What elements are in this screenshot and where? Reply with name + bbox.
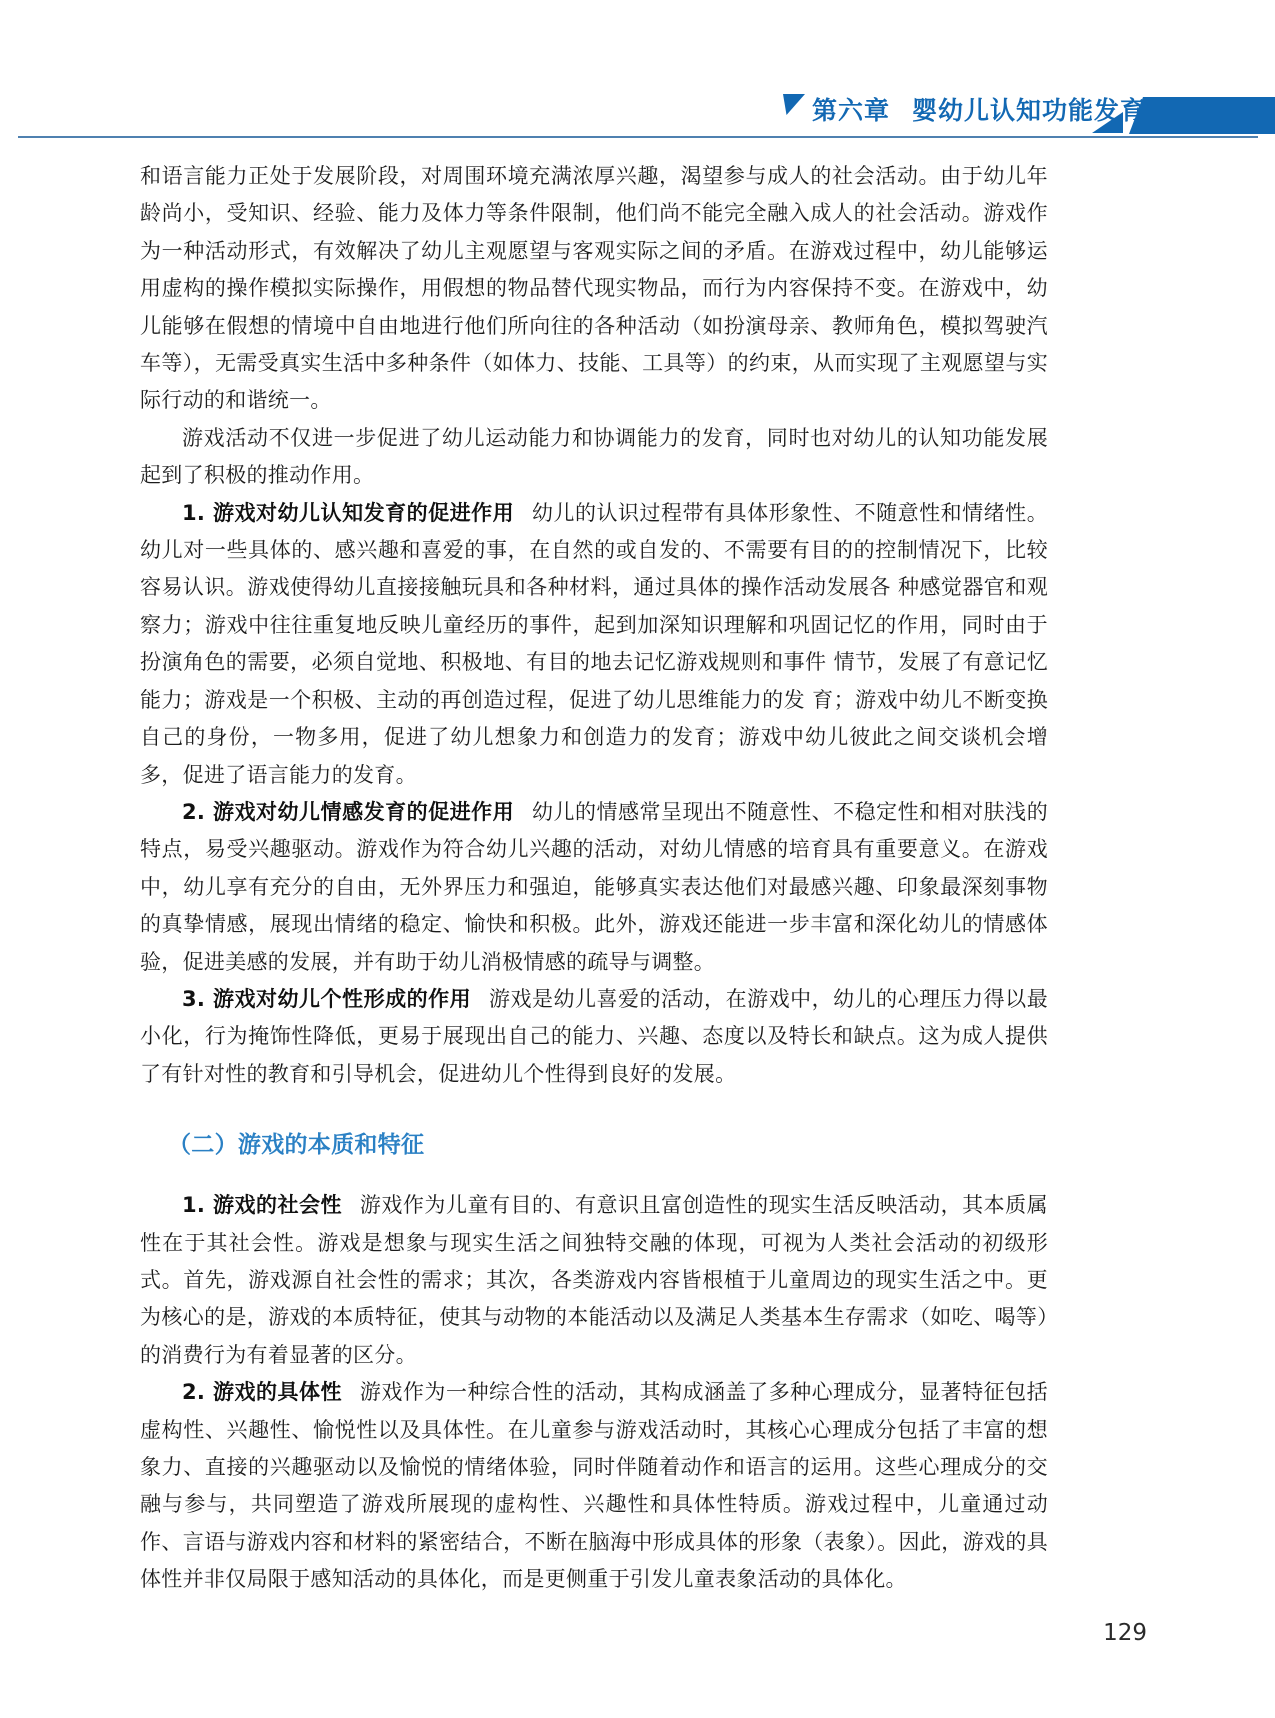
document-page: 第六章婴幼儿认知功能发育 和语言能力正处于发展阶段，对周围环境充满浓厚兴趣，渴望… — [0, 0, 1275, 1718]
item-lead-concreteness: 2. 游戏的具体性 — [182, 1380, 360, 1404]
header-blue-slab — [1129, 97, 1275, 134]
section-heading: （二）游戏的本质和特征 — [140, 1129, 1048, 1161]
paragraph-play-benefits-intro: 游戏活动不仅进一步促进了幼儿运动能力和协调能力的发育，同时也对幼儿的认知功能发展… — [140, 420, 1048, 495]
paragraph-item-cognition: 1. 游戏对幼儿认知发育的促进作用幼儿的认识过程带有具体形象性、不随意性和情绪性… — [140, 495, 1048, 794]
page-number: 129 — [1103, 1620, 1147, 1646]
paragraph-continuation: 和语言能力正处于发展阶段，对周围环境充满浓厚兴趣，渴望参与成人的社会活动。由于幼… — [140, 158, 1048, 420]
chapter-header: 第六章婴幼儿认知功能发育 — [812, 96, 1146, 126]
item-text-cognition: 幼儿的认识过程带有具体形象性、不随意性和情绪性。幼儿对一些具体的、感兴趣和喜爱的… — [140, 501, 1048, 787]
chapter-corner-triangle-icon — [783, 94, 805, 115]
paragraph-item-personality: 3. 游戏对幼儿个性形成的作用游戏是幼儿喜爱的活动，在游戏中，幼儿的心理压力得以… — [140, 981, 1048, 1093]
item-lead-personality: 3. 游戏对幼儿个性形成的作用 — [182, 987, 489, 1011]
item-lead-cognition: 1. 游戏对幼儿认知发育的促进作用 — [182, 501, 532, 525]
item-lead-sociality: 1. 游戏的社会性 — [182, 1193, 360, 1217]
chapter-number: 第六章 — [812, 96, 890, 125]
page-body: 和语言能力正处于发展阶段，对周围环境充满浓厚兴趣，渴望参与成人的社会活动。由于幼… — [140, 158, 1048, 1599]
paragraph-item-concreteness: 2. 游戏的具体性游戏作为一种综合性的活动，其构成涵盖了多种心理成分，显著特征包… — [140, 1374, 1048, 1598]
item-text-concreteness: 游戏作为一种综合性的活动，其构成涵盖了多种心理成分，显著特征包括虚构性、兴趣性、… — [140, 1380, 1048, 1591]
item-text-emotion: 幼儿的情感常呈现出不随意性、不稳定性和相对肤浅的特点，易受兴趣驱动。游戏作为符合… — [140, 800, 1048, 974]
paragraph-item-emotion: 2. 游戏对幼儿情感发育的促进作用幼儿的情感常呈现出不随意性、不稳定性和相对肤浅… — [140, 794, 1048, 981]
item-lead-emotion: 2. 游戏对幼儿情感发育的促进作用 — [182, 800, 532, 824]
paragraph-item-sociality: 1. 游戏的社会性游戏作为儿童有目的、有意识且富创造性的现实生活反映活动，其本质… — [140, 1187, 1048, 1374]
header-divider — [18, 136, 1258, 138]
item-text-sociality: 游戏作为儿童有目的、有意识且富创造性的现实生活反映活动，其本质属性在于其社会性。… — [140, 1193, 1048, 1367]
